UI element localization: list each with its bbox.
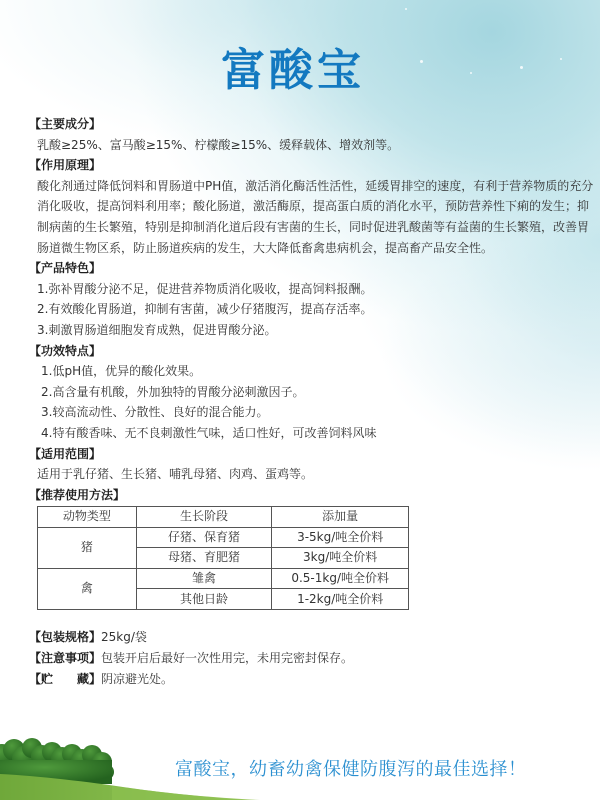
animal-cell: 禽 [38, 568, 137, 609]
section-heading: 【产品特色】 [29, 258, 589, 279]
section-mechanism: 【作用原理】 酸化剂通过降低饲料和胃肠道中PH值，激活消化酶活性活性，延缓胃排空… [29, 155, 589, 258]
section-line: 4.特有酸香味、无不良刺激性气味，适口性好，可改善饲料风味 [29, 423, 589, 444]
column-header-animal: 动物类型 [38, 507, 137, 528]
info-precautions: 【注意事项】包装开启后最好一次性用完，未用完密封保存。 [29, 648, 353, 669]
product-description: 【主要成分】 乳酸≥25%、富马酸≥15%、柠檬酸≥15%、缓释载体、增效剂等。… [29, 114, 589, 505]
section-features: 【产品特色】 1.弥补胃酸分泌不足，促进营养物质消化吸收，提高饲料报酬。 2.有… [29, 258, 589, 340]
product-title: 富酸宝 [0, 48, 586, 94]
stage-cell: 其他日龄 [136, 589, 272, 610]
info-label: 【注意事项】 [29, 651, 101, 665]
usage-table: 动物类型 生长阶段 添加量 猪 仔猪、保育猪 3-5kg/吨全价料 母猪、育肥猪… [37, 506, 409, 610]
section-line: 制病菌的生长繁殖，特别是抑制消化道后段有害菌的生长，同时促进乳酸菌等有益菌的生长… [29, 217, 589, 238]
info-storage: 【贮 藏】阴凉避光处。 [29, 669, 353, 690]
stage-cell: 母猪、育肥猪 [136, 548, 272, 569]
animal-cell: 猪 [38, 527, 137, 568]
section-scope: 【适用范围】 适用于乳仔猪、生长猪、哺乳母猪、肉鸡、蛋鸡等。 [29, 444, 589, 485]
dosage-cell: 3-5kg/吨全价料 [272, 527, 409, 548]
info-value: 包装开启后最好一次性用完，未用完密封保存。 [101, 651, 353, 665]
section-efficacy: 【功效特点】 1.低pH值，优异的酸化效果。 2.高含量有机酸，外加独特的胃酸分… [29, 341, 589, 444]
info-value: 25kg/袋 [101, 630, 147, 644]
section-heading: 【功效特点】 [29, 341, 589, 362]
info-label: 【贮 藏】 [29, 672, 101, 686]
section-line: 消化吸收，提高饲料利用率；酸化肠道，激活酶原，提高蛋白质的消化水平，预防营养性下… [29, 196, 589, 217]
table-row: 猪 仔猪、保育猪 3-5kg/吨全价料 [38, 527, 409, 548]
section-line: 3.较高流动性、分散性、良好的混合能力。 [29, 402, 589, 423]
section-heading: 【主要成分】 [29, 114, 589, 135]
dosage-cell: 3kg/吨全价料 [272, 548, 409, 569]
section-line: 3.刺激胃肠道细胞发育成熟，促进胃酸分泌。 [29, 320, 589, 341]
table-header-row: 动物类型 生长阶段 添加量 [38, 507, 409, 528]
column-header-stage: 生长阶段 [136, 507, 272, 528]
dosage-cell: 0.5-1kg/吨全价料 [272, 568, 409, 589]
section-line: 1.低pH值，优异的酸化效果。 [29, 361, 589, 382]
info-value: 阴凉避光处。 [101, 672, 173, 686]
info-label: 【包装规格】 [29, 630, 101, 644]
section-heading: 【适用范围】 [29, 444, 589, 465]
section-line: 肠道微生物区系，防止肠道疾病的发生，大大降低畜禽患病机会，提高畜产品安全性。 [29, 238, 589, 259]
section-line: 1.弥补胃酸分泌不足，促进营养物质消化吸收，提高饲料报酬。 [29, 279, 589, 300]
stage-cell: 雏禽 [136, 568, 272, 589]
section-line: 2.有效酸化胃肠道，抑制有害菌，减少仔猪腹泻，提高存活率。 [29, 299, 589, 320]
slogan: 富酸宝，幼畜幼禽保健防腹泻的最佳选择！ [175, 760, 527, 780]
table-row: 禽 雏禽 0.5-1kg/吨全价料 [38, 568, 409, 589]
sparkle-decoration [405, 8, 407, 10]
stage-cell: 仔猪、保育猪 [136, 527, 272, 548]
dosage-cell: 1-2kg/吨全价料 [272, 589, 409, 610]
section-line: 2.高含量有机酸，外加独特的胃酸分泌刺激因子。 [29, 382, 589, 403]
column-header-dosage: 添加量 [272, 507, 409, 528]
product-info: 【包装规格】25kg/袋 【注意事项】包装开启后最好一次性用完，未用完密封保存。… [29, 627, 353, 690]
info-packaging: 【包装规格】25kg/袋 [29, 627, 353, 648]
section-line: 适用于乳仔猪、生长猪、哺乳母猪、肉鸡、蛋鸡等。 [29, 464, 589, 485]
section-usage: 【推荐使用方法】 [29, 485, 589, 506]
section-heading: 【推荐使用方法】 [29, 485, 589, 506]
section-line: 乳酸≥25%、富马酸≥15%、柠檬酸≥15%、缓释载体、增效剂等。 [29, 135, 589, 156]
section-heading: 【作用原理】 [29, 155, 589, 176]
section-line: 酸化剂通过降低饲料和胃肠道中PH值，激活消化酶活性活性，延缓胃排空的速度，有利于… [29, 176, 589, 197]
section-ingredients: 【主要成分】 乳酸≥25%、富马酸≥15%、柠檬酸≥15%、缓释载体、增效剂等。 [29, 114, 589, 155]
